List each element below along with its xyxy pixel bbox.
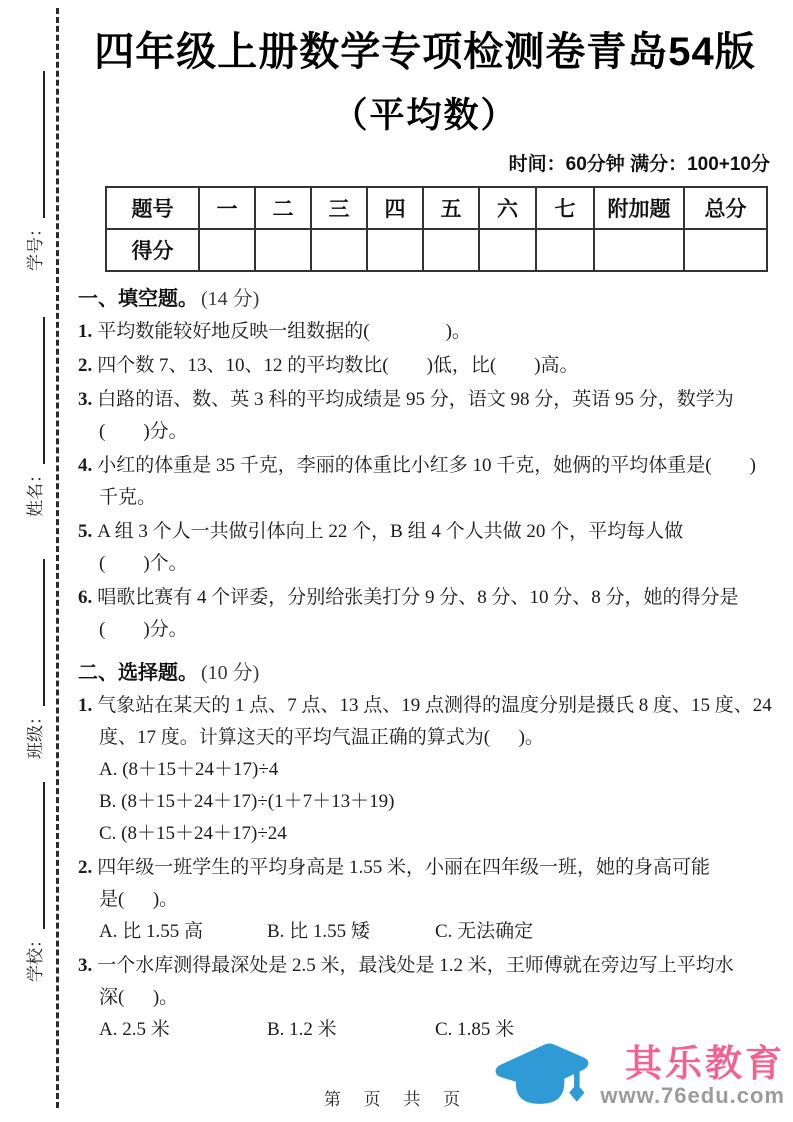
option-a: A. (8＋15＋24＋17)÷4 xyxy=(99,754,772,786)
score-header-cell: 三 xyxy=(311,187,367,229)
brand-text-block: 其乐教育 www.76edu.com xyxy=(600,1043,785,1109)
score-header-cell: 二 xyxy=(255,187,311,229)
score-cell-empty xyxy=(199,229,255,271)
score-header-cell: 七 xyxy=(536,187,594,229)
section-2-heading: 二、选择题。(10 分) xyxy=(78,658,772,688)
choice-question-3: 3.一个水库测得最深处是 2.5 米，最浅处是 1.2 米，王师傅就在旁边写上平… xyxy=(78,950,772,1014)
brand-name: 其乐教育 xyxy=(625,1043,785,1085)
option-c: C. 无法确定 xyxy=(435,916,533,948)
sidebar-field-name: 姓名： xyxy=(23,317,49,517)
score-header-cell: 题号 xyxy=(106,187,199,229)
graduation-cap-icon xyxy=(490,1036,594,1116)
score-header-cell: 五 xyxy=(423,187,479,229)
question-text: 四个数 7、13、10、12 的平均数比( )低，比( )高。 xyxy=(97,355,578,376)
student-id-blank-line xyxy=(43,71,45,218)
section-2-points: (10 分) xyxy=(201,662,259,684)
brand-url: www.76edu.com xyxy=(600,1083,785,1109)
class-blank-line xyxy=(43,559,45,706)
score-cell-empty xyxy=(684,229,767,271)
score-cell-empty xyxy=(536,229,594,271)
score-header-cell: 四 xyxy=(367,187,423,229)
score-cell-empty xyxy=(311,229,367,271)
question-number: 4. xyxy=(78,455,92,476)
choice-question-2: 2.四年级一班学生的平均身高是 1.55 米，小丽在四年级一班，她的身高可能 是… xyxy=(78,852,772,916)
school-blank-line xyxy=(43,782,45,929)
score-cell-empty xyxy=(255,229,311,271)
exam-paper-page: 学号： 姓名： 班级： 学校： 四年级上册数学专项检测卷青岛54版 （平均数） … xyxy=(0,0,793,1122)
page-title: 四年级上册数学专项检测卷青岛54版 xyxy=(78,24,772,80)
brand-logo: 其乐教育 www.76edu.com xyxy=(490,1036,785,1116)
question-text: 平均数能较好地反映一组数据的( )。 xyxy=(97,321,471,342)
sidebar-field-class: 班级： xyxy=(23,559,49,759)
question-text: A 组 3 个人一共做引体向上 22 个，B 组 4 个人共做 20 个，平均每… xyxy=(97,521,683,574)
choice-question-1-options: A. (8＋15＋24＋17)÷4 B. (8＋15＋24＋17)÷(1＋7＋1… xyxy=(78,754,772,850)
question-number: 3. xyxy=(78,955,92,976)
section-2-title: 二、选择题。 xyxy=(78,662,198,684)
exam-content: 四年级上册数学专项检测卷青岛54版 （平均数） 时间：60分钟 满分：100+1… xyxy=(78,24,772,1046)
exam-meta: 时间：60分钟 满分：100+10分 xyxy=(78,152,772,178)
sidebar-field-student-id: 学号： xyxy=(23,71,49,271)
fill-question-1: 1.平均数能较好地反映一组数据的( )。 xyxy=(78,316,772,348)
score-header-cell: 总分 xyxy=(684,187,767,229)
score-table: 题号 一 二 三 四 五 六 七 附加题 总分 得分 xyxy=(105,186,768,272)
score-header-cell: 附加题 xyxy=(594,187,684,229)
score-table-score-row: 得分 xyxy=(106,229,767,271)
fill-question-6: 6.唱歌比赛有 4 个评委，分别给张美打分 9 分、8 分、10 分、8 分，她… xyxy=(78,582,772,646)
score-cell-empty xyxy=(423,229,479,271)
fill-question-4: 4.小红的体重是 35 千克，李丽的体重比小红多 10 千克，她俩的平均体重是(… xyxy=(78,450,772,514)
option-a: A. 比 1.55 高 xyxy=(99,916,267,948)
score-header-cell: 六 xyxy=(479,187,536,229)
option-c: C. (8＋15＋24＋17)÷24 xyxy=(99,818,772,850)
student-id-label: 学号： xyxy=(23,220,49,271)
question-text: 小红的体重是 35 千克，李丽的体重比小红多 10 千克，她俩的平均体重是( )… xyxy=(97,455,756,508)
score-header-cell: 一 xyxy=(199,187,255,229)
question-text: 气象站在某天的 1 点、7 点、13 点、19 点测得的温度分别是摄氏 8 度、… xyxy=(97,695,772,748)
question-number: 1. xyxy=(78,695,92,716)
score-cell-empty xyxy=(479,229,536,271)
fill-question-5: 5.A 组 3 个人一共做引体向上 22 个，B 组 4 个人共做 20 个，平… xyxy=(78,516,772,580)
question-number: 2. xyxy=(78,857,92,878)
question-text: 白路的语、数、英 3 科的平均成绩是 95 分，语文 98 分，英语 95 分，… xyxy=(97,389,734,442)
choice-question-2-options: A. 比 1.55 高 B. 比 1.55 矮 C. 无法确定 xyxy=(78,916,772,948)
section-1-heading: 一、填空题。(14 分) xyxy=(78,284,772,314)
fold-cut-dashed-line xyxy=(56,8,59,1108)
fill-question-2: 2.四个数 7、13、10、12 的平均数比( )低，比( )高。 xyxy=(78,350,772,382)
section-1-points: (14 分) xyxy=(201,288,259,310)
option-b: B. (8＋15＋24＋17)÷(1＋7＋13＋19) xyxy=(99,786,772,818)
score-table-header-row: 题号 一 二 三 四 五 六 七 附加题 总分 xyxy=(106,187,767,229)
page-subtitle: （平均数） xyxy=(78,92,772,140)
fill-question-3: 3.白路的语、数、英 3 科的平均成绩是 95 分，语文 98 分，英语 95 … xyxy=(78,384,772,448)
name-label: 姓名： xyxy=(23,466,49,517)
question-text: 四年级一班学生的平均身高是 1.55 米，小丽在四年级一班，她的身高可能 是( … xyxy=(97,857,710,910)
score-cell-empty xyxy=(367,229,423,271)
option-a: A. 2.5 米 xyxy=(99,1014,267,1046)
section-1-title: 一、填空题。 xyxy=(78,288,198,310)
sidebar-field-school: 学校： xyxy=(23,782,49,982)
question-number: 1. xyxy=(78,321,92,342)
school-label: 学校： xyxy=(23,931,49,982)
option-b: B. 1.2 米 xyxy=(267,1014,435,1046)
question-text: 唱歌比赛有 4 个评委，分别给张美打分 9 分、8 分、10 分、8 分，她的得… xyxy=(97,587,738,640)
name-blank-line xyxy=(43,317,45,464)
question-number: 5. xyxy=(78,521,92,542)
class-label: 班级： xyxy=(23,708,49,759)
score-cell-empty xyxy=(594,229,684,271)
score-row-label: 得分 xyxy=(106,229,199,271)
question-number: 6. xyxy=(78,587,92,608)
question-number: 2. xyxy=(78,355,92,376)
question-number: 3. xyxy=(78,389,92,410)
question-text: 一个水库测得最深处是 2.5 米，最浅处是 1.2 米，王师傅就在旁边写上平均水… xyxy=(97,955,734,1008)
option-b: B. 比 1.55 矮 xyxy=(267,916,435,948)
choice-question-1: 1.气象站在某天的 1 点、7 点、13 点、19 点测得的温度分别是摄氏 8 … xyxy=(78,690,772,754)
